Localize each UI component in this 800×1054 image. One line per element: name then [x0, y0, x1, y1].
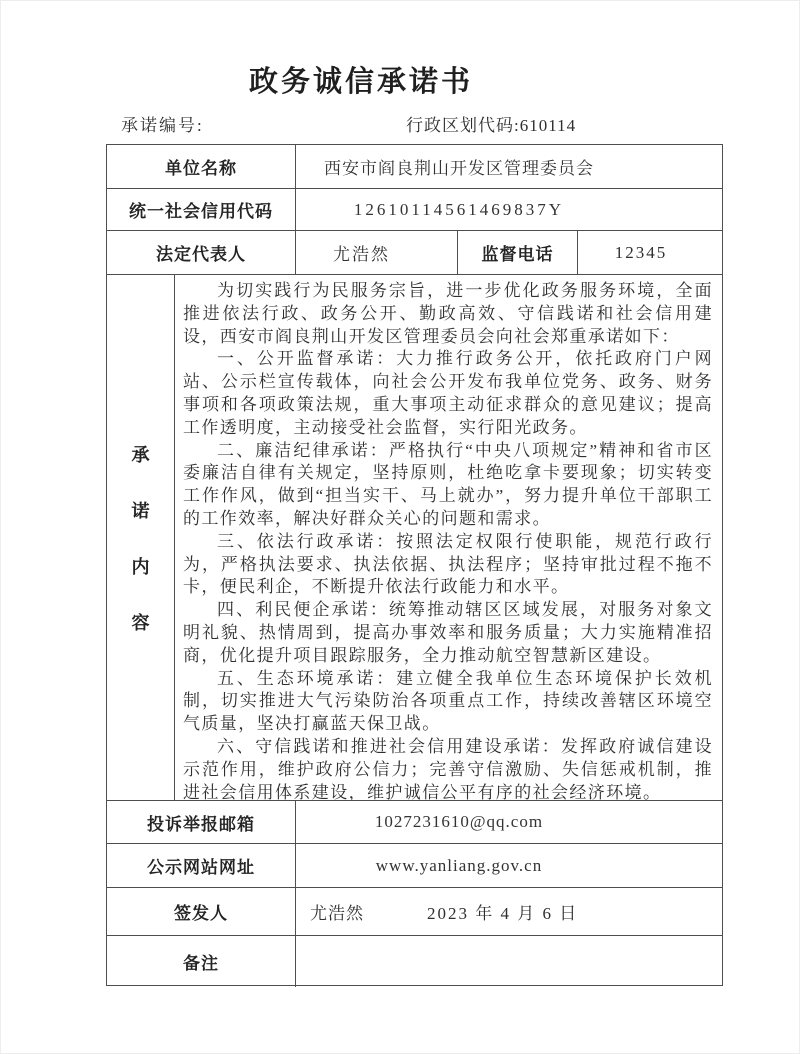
- website-value: www.yanliang.gov.cn: [295, 844, 722, 887]
- promise-content-label-char: 承: [132, 441, 150, 467]
- promise-number-label: 承诺编号:: [121, 111, 204, 136]
- document-page: { "page": { "title": "政务诚信承诺书" }, "meta"…: [0, 0, 800, 1054]
- complaint-email-label: 投诉举报邮箱: [107, 801, 295, 843]
- region-code: 行政区划代码:610114: [406, 111, 576, 136]
- credit-code-value: 12610114561469837Y: [295, 189, 722, 230]
- row-promise-content: 承诺内容 为切实践行为民服务宗旨，进一步优化政务服务环境，全面推进依法行政、政务…: [107, 274, 722, 800]
- promise-paragraph: 为切实践行为民服务宗旨，进一步优化政务服务环境，全面推进依法行政、政务公开、勤政…: [183, 280, 713, 348]
- complaint-email-value: 1027231610@qq.com: [295, 801, 722, 843]
- website-label: 公示网站网址: [107, 844, 295, 887]
- promise-paragraphs: 为切实践行为民服务宗旨，进一步优化政务服务环境，全面推进依法行政、政务公开、勤政…: [174, 275, 722, 800]
- supervision-phone-label: 监督电话: [457, 231, 577, 274]
- promise-content-label-char: 内: [132, 553, 150, 579]
- commitment-form-table: 单位名称 西安市阎良荆山开发区管理委员会 统一社会信用代码 1261011456…: [106, 144, 723, 986]
- meta-line: 承诺编号: 行政区划代码:610114: [106, 111, 723, 135]
- promise-paragraph: 六、守信践诺和推进社会信用建设承诺：发挥政府诚信建设示范作用，维护政府公信力；完…: [183, 736, 713, 800]
- signer-label: 签发人: [107, 888, 295, 935]
- promise-paragraph: 二、廉洁纪律承诺：严格执行“中央八项规定”精神和省市区委廉洁自律有关规定，坚持原…: [183, 440, 713, 531]
- promise-paragraph: 五、生态环境承诺：建立健全我单位生态环境保护长效机制，切实推进大气污染防治各项重…: [183, 668, 713, 736]
- promise-paragraph: 三、依法行政承诺：按照法定权限行使职能，规范行政行为，严格执法要求、执法依据、执…: [183, 531, 713, 599]
- row-remarks: 备注: [107, 935, 722, 987]
- page-title: 政务诚信承诺书: [106, 59, 616, 100]
- legal-rep-name: 尤浩然: [295, 231, 457, 274]
- row-credit-code: 统一社会信用代码 12610114561469837Y: [107, 188, 722, 230]
- row-website: 公示网站网址 www.yanliang.gov.cn: [107, 843, 722, 887]
- signer-value: 尤浩然 2023 年 4 月 6 日: [295, 888, 722, 935]
- unit-name-label: 单位名称: [107, 145, 295, 188]
- legal-rep-label: 法定代表人: [107, 231, 295, 274]
- unit-name-value: 西安市阎良荆山开发区管理委员会: [295, 145, 722, 188]
- supervision-phone-value: 12345: [577, 231, 724, 274]
- row-unit-name: 单位名称 西安市阎良荆山开发区管理委员会: [107, 145, 722, 188]
- remarks-label: 备注: [107, 936, 295, 987]
- remarks-value: [295, 936, 722, 987]
- row-complaint-email: 投诉举报邮箱 1027231610@qq.com: [107, 800, 722, 843]
- promise-paragraph: 一、公开监督承诺：大力推行政务公开，依托政府门户网站、公示栏宣传载体，向社会公开…: [183, 348, 713, 439]
- row-signer: 签发人 尤浩然 2023 年 4 月 6 日: [107, 887, 722, 935]
- promise-paragraph: 四、利民便企承诺：统筹推动辖区区域发展，对服务对象文明礼貌、热情周到，提高办事效…: [183, 599, 713, 667]
- credit-code-label: 统一社会信用代码: [107, 189, 295, 230]
- promise-content-label-char: 容: [132, 609, 150, 635]
- signer-name: 尤浩然: [310, 899, 364, 924]
- promise-content-label-char: 诺: [132, 497, 150, 523]
- promise-content-label: 承诺内容: [107, 275, 174, 800]
- signer-date: 2023 年 4 月 6 日: [427, 899, 578, 924]
- row-legal-rep: 法定代表人 尤浩然 监督电话 12345: [107, 230, 722, 274]
